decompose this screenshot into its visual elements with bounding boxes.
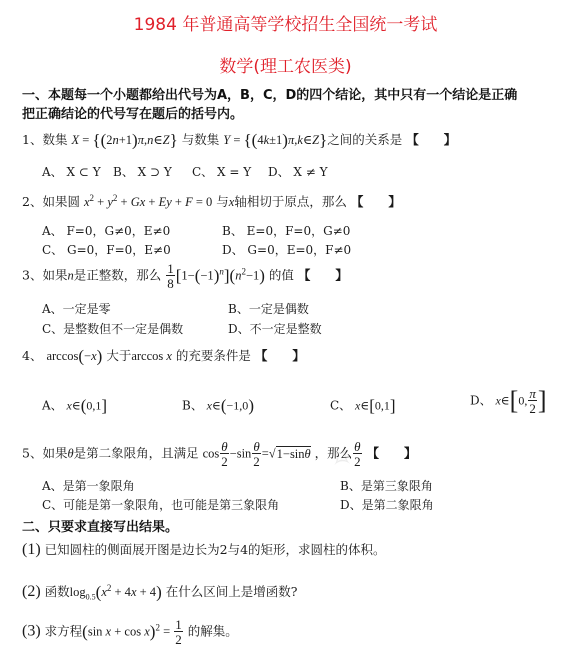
q4-option-b: B、 x∈(−1,0) <box>182 396 254 416</box>
q2-option-c: C、 G=0，F=0，E≠0 <box>42 241 171 258</box>
answer-bracket: 【 】 <box>406 132 456 147</box>
q1-option-c: C、 X = Y <box>192 163 251 180</box>
q1-option-a: A、 X ⊂ Y <box>42 163 101 180</box>
question-3: 3、如果n是正整数，那么 18[1−(−1)n](n2−1) 的值 【 】 <box>22 262 348 290</box>
q5-option-b: B、是第三象限角 <box>340 477 433 494</box>
section2-heading: 二、只要求直接写出结果。 <box>22 516 178 535</box>
section1-heading-line2: 把正确结论的代号写在题后的括号内。 <box>22 103 243 122</box>
q3-option-c: C、是整数但不一定是偶数 <box>42 320 183 337</box>
q3-option-b: B、一定是偶数 <box>228 300 309 317</box>
section2-item-3: (3) 求方程(sin x + cos x)2 = 12 的解集。 <box>22 618 238 646</box>
q1-option-b: B、 X ⊃ Y <box>113 163 172 180</box>
section1-heading-line1: 一、本题每一个小题都给出代号为A，B，C，D的四个结论，其中只有一个结论是正确 <box>22 84 517 103</box>
question-4: 4、 arccos(−x) 大于arccos x 的充要条件是 【 】 <box>22 346 305 367</box>
q4-option-c: C、 x∈[0,1] <box>330 396 396 416</box>
answer-bracket: 【 】 <box>298 268 348 283</box>
q2-option-a: A、 F=0，G≠0，E≠0 <box>42 222 170 239</box>
answer-bracket: 【 】 <box>351 194 401 209</box>
set-x-expression: X <box>71 133 79 147</box>
q5-option-a: A、是第一象限角 <box>42 477 135 494</box>
q4-option-d: D、 x∈[0,π2] <box>470 386 547 416</box>
q5-option-c: C、可能是第一象限角，也可能是第三象限角 <box>42 496 279 513</box>
question-1: 1、数集 X = {(2n+1)π,n∈Z} 与数集 Y = {(4k±1)π,… <box>22 130 456 151</box>
q3-option-d: D、不一定是整数 <box>228 320 322 337</box>
q4-option-a: A、 x∈(0,1] <box>42 396 107 416</box>
section2-item-2: (2) 函数log0.5(x2 + 4x + 4) 在什么区间上是增函数? <box>22 582 297 603</box>
fraction-one-eighth: 18 <box>166 262 175 290</box>
q2-option-b: B、 E=0，F=0，G≠0 <box>222 222 350 239</box>
page-subtitle: 数学(理工农医类) <box>0 52 571 77</box>
q5-option-d: D、是第二象限角 <box>340 496 434 513</box>
answer-bracket: 【 】 <box>255 348 305 363</box>
question-2: 2、如果圆 x2 + y2 + Gx + Ey + F = 0 与x轴相切于原点… <box>22 192 401 210</box>
q1-option-d: D、 X ≠ Y <box>268 163 328 180</box>
q3-option-a: A、一定是零 <box>42 300 111 317</box>
page-title: 1984 年普通高等学校招生全国统一考试 <box>0 10 571 35</box>
section2-item-1: (1) 已知圆柱的侧面展开图是边长为2与4的矩形，求圆柱的体积。 <box>22 540 386 559</box>
q2-option-d: D、 G=0，E=0，F≠0 <box>222 241 351 258</box>
question-5: 5、如果θ是第二象限角，且满足 cosθ2−sinθ2=√1−sinθ ，那么θ… <box>22 440 417 468</box>
answer-bracket: 【 】 <box>367 446 417 461</box>
